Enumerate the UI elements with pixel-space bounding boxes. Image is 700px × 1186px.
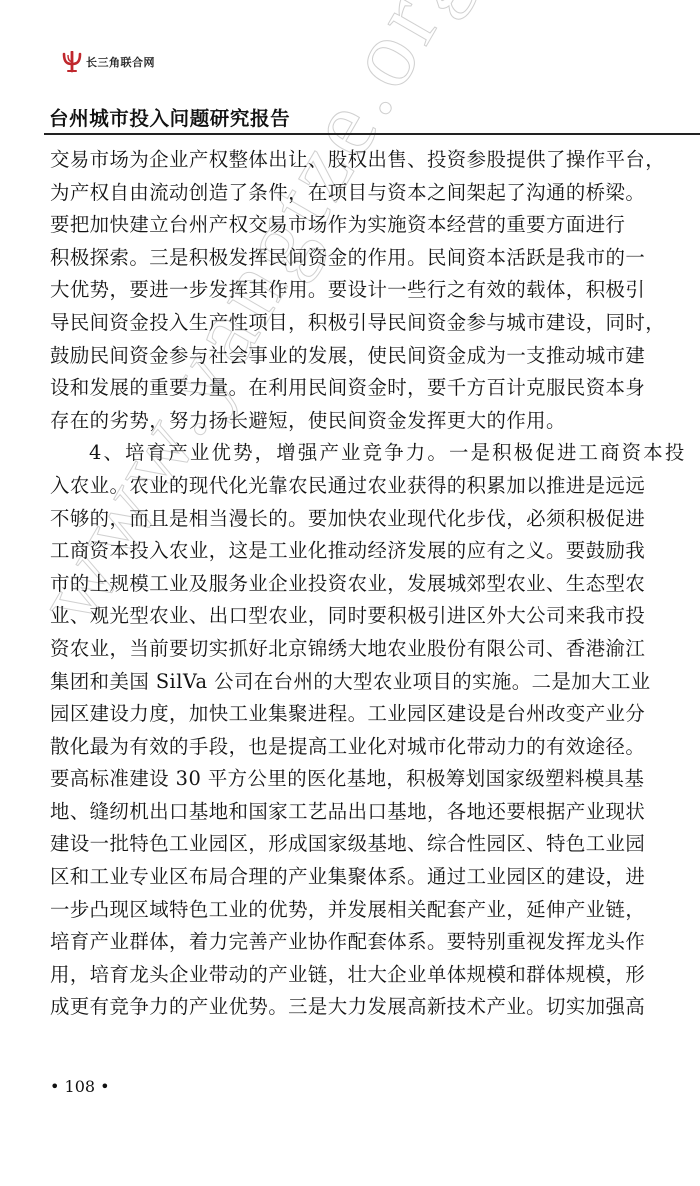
text-line: 不够的，而且是相当漫长的。要加快农业现代化步伐，必须积极促进 — [50, 503, 652, 536]
text-line: 要把加快建立台州产权交易市场作为实施资本经营的重要方面进行 — [50, 209, 652, 242]
text-line: 地、缝纫机出口基地和国家工艺品出口基地，各地还要根据产业现状 — [50, 796, 652, 829]
text-line: 市的上规模工业及服务业企业投资农业，发展城郊型农业、生态型农 — [50, 568, 652, 601]
page-number: • 108 • — [50, 1076, 110, 1098]
text-line: 建设一批特色工业园区，形成国家级基地、综合性园区、特色工业园 — [50, 828, 652, 861]
text-line: 积极探索。三是积极发挥民间资金的作用。民间资本活跃是我市的一 — [50, 242, 652, 275]
section-heading-line: 4、培育产业优势，增强产业竞争力。一是积极促进工商资本投 — [50, 437, 652, 470]
text-line: 成更有竞争力的产业优势。三是大力发展高新技术产业。切实加强高 — [50, 991, 652, 1024]
text-line: 工商资本投入农业，这是工业化推动经济发展的应有之义。要鼓励我 — [50, 535, 652, 568]
header-divider — [44, 133, 700, 135]
text-line: 入农业。农业的现代化光靠农民通过农业获得的积累加以推进是远远 — [50, 470, 652, 503]
text-line: 资农业，当前要切实抓好北京锦绣大地农业股份有限公司、香港渝江 — [50, 633, 652, 666]
text-line: 大优势，要进一步发挥其作用。要设计一些行之有效的载体，积极引 — [50, 274, 652, 307]
text-line: 要高标准建设 30 平方公里的医化基地，积极筹划国家级塑料模具基 — [50, 763, 652, 796]
site-logo: 长三角联合网 — [62, 50, 155, 74]
text-line: 培育产业群体，着力完善产业协作配套体系。要特别重视发挥龙头作 — [50, 926, 652, 959]
text-line: 鼓励民间资金参与社会事业的发展，使民间资金成为一支推动城市建 — [50, 340, 652, 373]
text-line: 导民间资金投入生产性项目，积极引导民间资金参与城市建设，同时， — [50, 307, 652, 340]
body-text: 交易市场为企业产权整体出让、股权出售、投资参股提供了操作平台， 为产权自由流动创… — [50, 144, 652, 1024]
text-line: 区和工业专业区布局合理的产业集聚体系。通过工业园区的建设，进 — [50, 861, 652, 894]
text-line: 业、观光型农业、出口型农业，同时要积极引进区外大公司来我市投 — [50, 600, 652, 633]
text-line: 一步凸现区域特色工业的优势，并发展相关配套产业，延伸产业链， — [50, 894, 652, 927]
text-line: 散化最为有效的手段，也是提高工业化对城市化带动力的有效途径。 — [50, 731, 652, 764]
text-line: 设和发展的重要力量。在利用民间资金时，要千方百计克服民资本身 — [50, 372, 652, 405]
text-line: 为产权自由流动创造了条件，在项目与资本之间架起了沟通的桥梁。 — [50, 177, 652, 210]
brand-name: 长三角联合网 — [86, 54, 155, 70]
text-line: 交易市场为企业产权整体出让、股权出售、投资参股提供了操作平台， — [50, 144, 652, 177]
running-header-title: 台州城市投入问题研究报告 — [49, 106, 290, 132]
text-line: 存在的劣势，努力扬长避短，使民间资金发挥更大的作用。 — [50, 405, 652, 438]
text-line: 集团和美国 SilVa 公司在台州的大型农业项目的实施。二是加大工业 — [50, 666, 652, 699]
text-line: 用，培育龙头企业带动的产业链，壮大企业单体规模和群体规模，形 — [50, 959, 652, 992]
psi-logo-icon — [62, 51, 82, 73]
text-line: 园区建设力度，加快工业集聚进程。工业园区建设是台州改变产业分 — [50, 698, 652, 731]
